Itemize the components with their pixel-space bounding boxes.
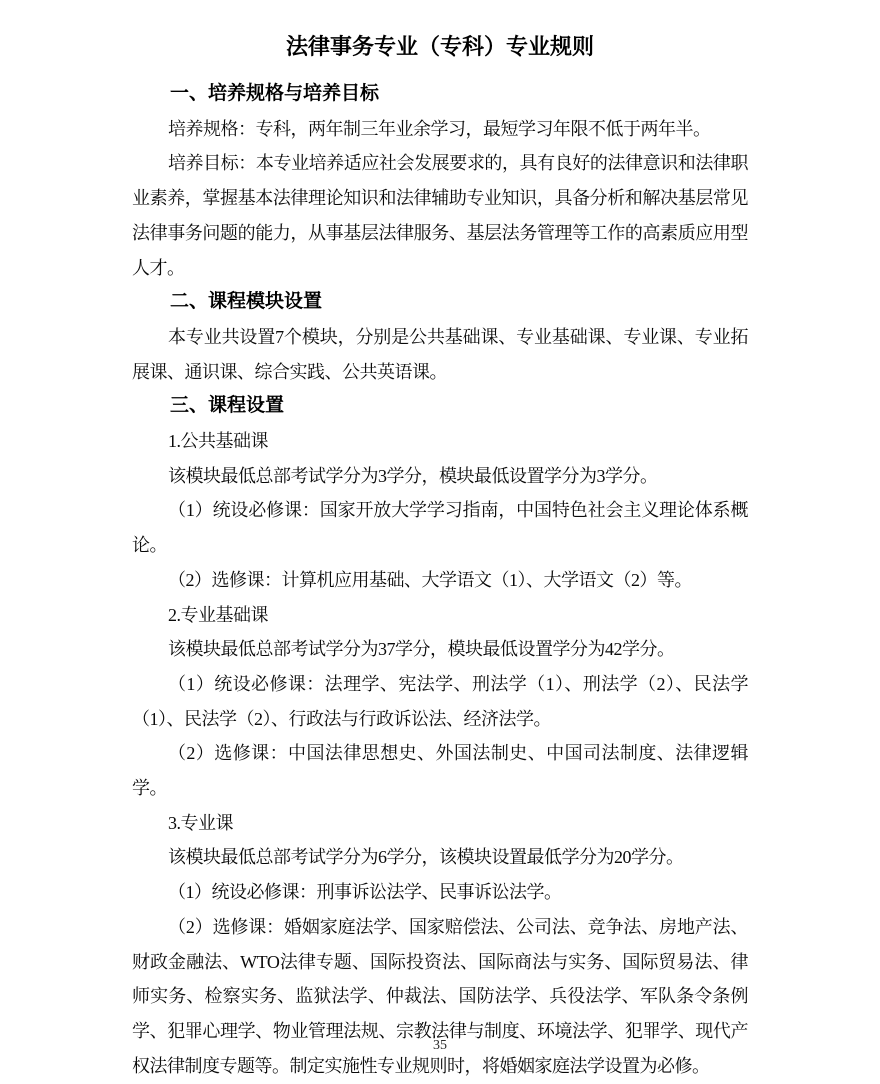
paragraph-module-overview: 本专业共设置7个模块，分别是公共基础课、专业基础课、专业课、专业拓展课、通识课、… [132, 320, 748, 389]
paragraph-training-spec: 培养规格：专科，两年制三年业余学习，最短学习年限不低于两年半。 [132, 112, 748, 147]
subsection-heading-public-basic: 1.公共基础课 [132, 424, 748, 459]
paragraph-training-goal: 培养目标：本专业培养适应社会发展要求的，具有良好的法律意识和法律职业素养，掌握基… [132, 146, 748, 285]
paragraph-major-course-elective: （2）选修课：婚姻家庭法学、国家赔偿法、公司法、竞争法、房地产法、财政金融法、W… [132, 910, 748, 1084]
section-heading-2: 二、课程模块设置 [132, 285, 748, 320]
paragraph-public-basic-elective: （2）选修课：计算机应用基础、大学语文（1）、大学语文（2）等。 [132, 563, 748, 598]
subsection-heading-major-basic: 2.专业基础课 [132, 598, 748, 633]
page-number: 35 [0, 1038, 880, 1054]
page-title: 法律事务专业（专科）专业规则 [132, 30, 748, 64]
paragraph-major-course-required: （1）统设必修课：刑事诉讼法学、民事诉讼法学。 [132, 875, 748, 910]
paragraph-public-basic-required: （1）统设必修课：国家开放大学学习指南，中国特色社会主义理论体系概论。 [132, 493, 748, 562]
subsection-heading-major-course: 3.专业课 [132, 806, 748, 841]
document-content: 法律事务专业（专科）专业规则 一、培养规格与培养目标 培养规格：专科，两年制三年… [0, 0, 880, 1083]
paragraph-major-basic-elective: （2）选修课：中国法律思想史、外国法制史、中国司法制度、法律逻辑学。 [132, 736, 748, 805]
paragraph-major-course-credits: 该模块最低总部考试学分为6学分，该模块设置最低学分为20学分。 [132, 840, 748, 875]
section-heading-3: 三、课程设置 [132, 389, 748, 424]
paragraph-public-basic-credits: 该模块最低总部考试学分为3学分，模块最低设置学分为3学分。 [132, 459, 748, 494]
paragraph-major-basic-credits: 该模块最低总部考试学分为37学分，模块最低设置学分为42学分。 [132, 632, 748, 667]
section-heading-1: 一、培养规格与培养目标 [132, 77, 748, 112]
paragraph-major-basic-required: （1）统设必修课：法理学、宪法学、刑法学（1）、刑法学（2）、民法学（1）、民法… [132, 667, 748, 736]
document-page: 法律事务专业（专科）专业规则 一、培养规格与培养目标 培养规格：专科，两年制三年… [0, 0, 880, 1084]
